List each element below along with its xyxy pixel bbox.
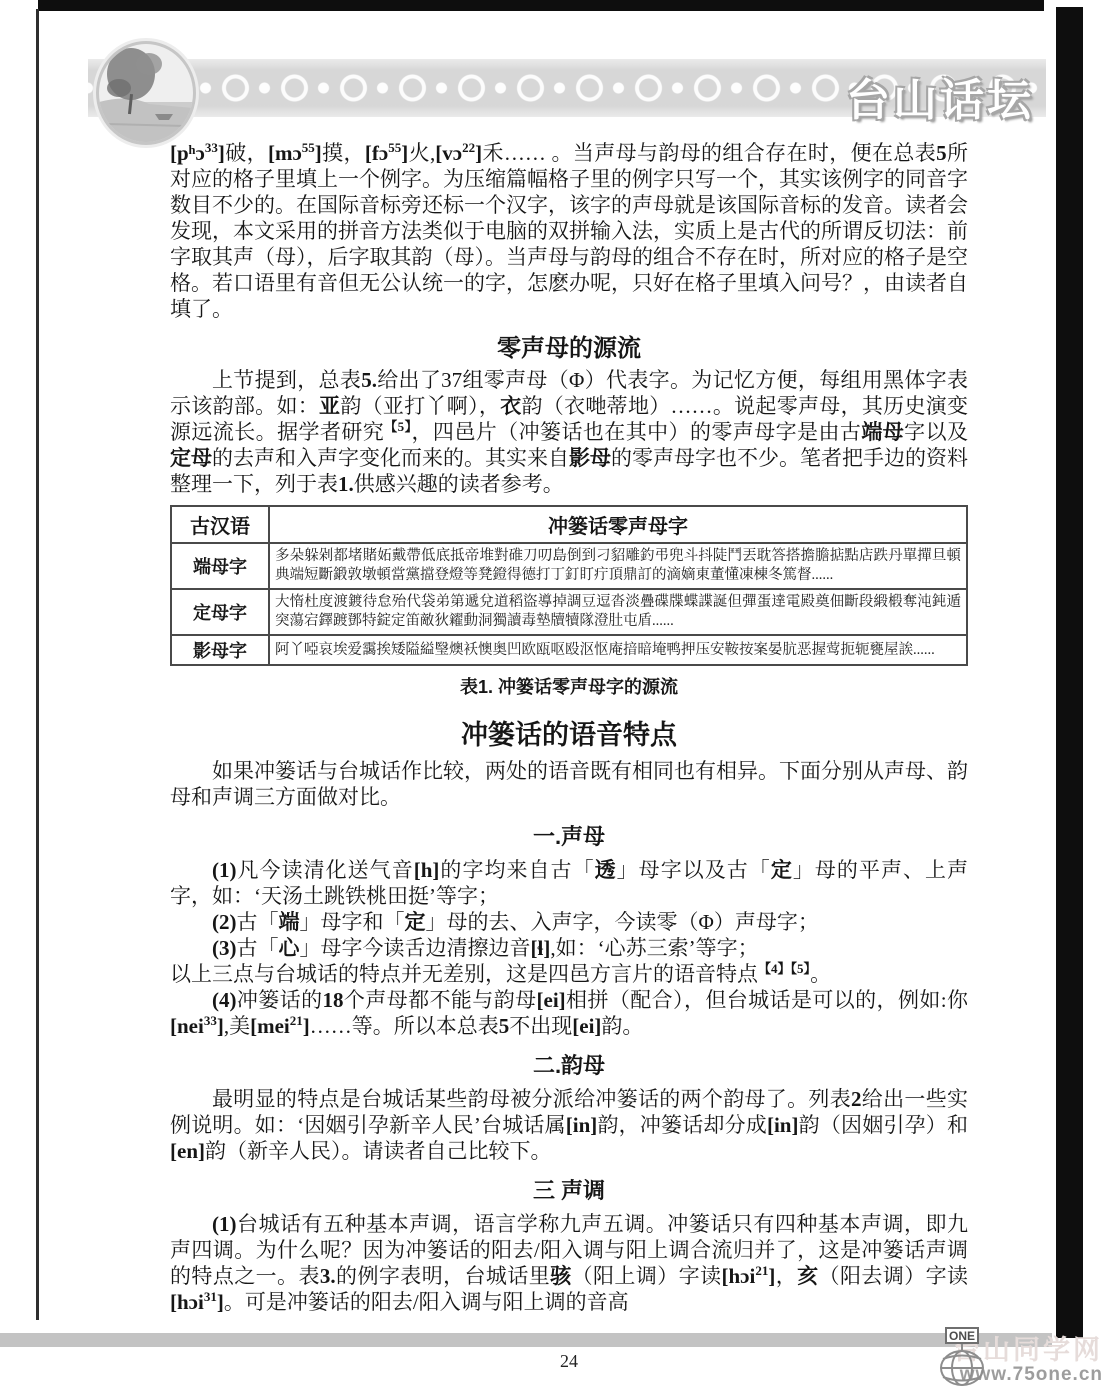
paragraph-zero-initials: 上节提到，总表5.给出了37组零声母（Φ）代表字。为记忆方便，每组用黑体字表示该… xyxy=(170,367,968,497)
paragraph-tones: (1)台城话有五种基本声调，语言学称九声五调。冲篓话只有四种基本声调，即九声四调… xyxy=(170,1211,968,1315)
table-row-ding: 定母字 大惰杜度渡鍍待怠殆代袋弟第遞兌道稻盜導掉調豆逗沓淡疊碟牒蝶諜誕但彈蛋達電… xyxy=(171,589,967,635)
scan-edge-top xyxy=(38,0,1044,11)
scan-edge-right xyxy=(1056,7,1083,1338)
one-logo-text: ONE xyxy=(949,1329,975,1343)
paragraph-intro: [pʰɔ33]破，[mɔ55]摸，[fɔ55]火,[vɔ22]禾…… 。当声母与… xyxy=(170,140,968,322)
list-item-2: (2)古「端」母字和「定」母的去、入声字，今读零（Φ）声母字； xyxy=(170,909,968,935)
masthead-photo xyxy=(96,41,196,145)
row-label-ding: 定母字 xyxy=(171,589,269,635)
table-row-ying: 影母字 阿丫啞哀埃爱靄挨矮隘縊瑿燠袄懊奥凹欧瓯呕殴沤怄庵揞暗埯鸭押压安鞍按案晏肮… xyxy=(171,635,967,665)
subsection-title-tones: 三 声调 xyxy=(170,1174,968,1205)
list-item-1: (1)凡今读清化送气音[h]的字均来自古「透」母字以及古「定」母的平声、上声字，… xyxy=(170,857,968,909)
scanned-page: { "header": { "site_title": "台山话坛" }, "a… xyxy=(0,0,1110,1390)
table-header-zero-initial-chars: 冲篓话零声母字 xyxy=(269,506,967,543)
row-chars-ding: 大惰杜度渡鍍待怠殆代袋弟第遞兌道稻盜導掉調豆逗沓淡疊碟牒蝶諜誕但彈蛋達電殿奠佃斷… xyxy=(269,589,967,635)
scan-edge-left xyxy=(36,9,39,1320)
row-chars-duan: 多朵躲剁都堵賭妬戴帶低底抵帝堆對碓刀叨島倒到刁貂雕釣弔兜斗抖陡鬥丟耽答搭擔膽掂點… xyxy=(269,543,967,589)
row-chars-ying: 阿丫啞哀埃爱靄挨矮隘縊瑿燠袄懊奥凹欧瓯呕殴沤怄庵揞暗埯鸭押压安鞍按案晏肮恶握莺扼… xyxy=(269,635,967,665)
section-title-phonetic-features: 冲篓话的语音特点 xyxy=(170,713,968,752)
site-title: 台山话坛 xyxy=(846,64,1034,128)
paragraph-comparison: 如果冲篓话与台城话作比较，两处的语音既有相同也有相异。下面分别从声母、韵母和声调… xyxy=(170,758,968,810)
globe-icon: ONE xyxy=(929,1326,995,1388)
table-zero-initials: 古汉语 冲篓话零声母字 端母字 多朵躲剁都堵賭妬戴帶低底抵帝堆對碓刀叨島倒到刁貂… xyxy=(170,505,968,666)
table-row-duan: 端母字 多朵躲剁都堵賭妬戴帶低底抵帝堆對碓刀叨島倒到刁貂雕釣弔兜斗抖陡鬥丟耽答搭… xyxy=(171,543,967,589)
watermark: 台山同学网 www.75one.cn ONE xyxy=(843,1326,1105,1390)
section-title-zero-initials: 零声母的源流 xyxy=(170,328,968,363)
row-label-ying: 影母字 xyxy=(171,635,269,665)
table-caption: 表1. 冲篓话零声母字的源流 xyxy=(170,673,968,699)
subsection-title-finals: 二.韵母 xyxy=(170,1049,968,1080)
paragraph-finals: 最明显的特点是台城话某些韵母被分派给冲篓话的两个韵母了。列表2给出一些实例说明。… xyxy=(170,1086,968,1164)
article: [pʰɔ33]破，[mɔ55]摸，[fɔ55]火,[vɔ22]禾…… 。当声母与… xyxy=(170,140,968,1315)
subsection-title-initials: 一.声母 xyxy=(170,820,968,851)
note-line: 以上三点与台城话的特点并无差别，这是四邑方言片的语音特点【4】【5】。 xyxy=(170,961,968,987)
table-header-row: 古汉语 冲篓话零声母字 xyxy=(171,506,967,543)
list-item-3: (3)古「心」母字今读舌边清擦边音[ɬ],如：‘心苏三索’等字； xyxy=(170,935,968,961)
row-label-duan: 端母字 xyxy=(171,543,269,589)
table-header-old-chinese: 古汉语 xyxy=(171,506,269,543)
list-item-4: (4)冲篓话的18个声母都不能与韵母[ei]相拼（配合），但台城话是可以的，例如… xyxy=(170,987,968,1039)
landscape-sketch-image xyxy=(99,44,193,142)
